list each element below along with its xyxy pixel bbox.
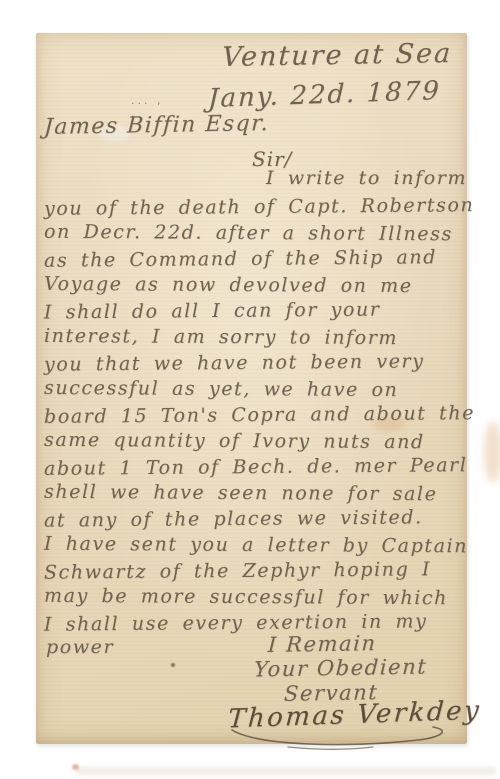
letter-opening-line: I write to inform xyxy=(266,167,467,189)
foxing-stain-right-edge xyxy=(484,421,500,483)
pencil-marks: ... , . xyxy=(131,94,175,108)
ink-blot xyxy=(171,663,175,667)
letter-body-line: shell we have seen none for sale xyxy=(44,481,438,505)
signature-flourish xyxy=(228,724,458,750)
letter-body-line: successful as yet, we have on xyxy=(44,377,399,401)
letter-body-line: Schwartz of the Zephyr hoping I xyxy=(44,558,431,583)
letter-body-last-word: power xyxy=(46,636,114,658)
letter-body-line: at any of the places we visited. xyxy=(44,506,423,531)
letter-body-line: interest, I am sorry to inform xyxy=(44,325,398,349)
closing-line-1: I Remain xyxy=(267,631,377,657)
letter-body-line: you that we have not been very xyxy=(44,350,425,375)
letter-body-line: same quantity of Ivory nuts and xyxy=(44,429,425,453)
closing-line-2: Your Obedient xyxy=(253,654,428,681)
letter-body-line: about 1 Ton of Bech. de. mer Pearl xyxy=(44,454,468,480)
letter-body-line: may be more successful for which xyxy=(44,585,448,609)
letter-body-line: as the Command of the Ship and xyxy=(44,246,437,271)
scan-background: ... , . Venture at Sea Jany. 22d. 1879 J… xyxy=(0,0,500,779)
letter-body-line: I shall do all I can for your xyxy=(44,299,381,324)
letter-recipient: James Biffin Esqr. xyxy=(43,111,270,140)
letter-body-line: I have sent you a letter by Captain xyxy=(44,533,468,558)
letter-body-line: you of the death of Capt. Robertson xyxy=(44,194,474,220)
letter-body-line: board 15 Ton's Copra and about the xyxy=(44,402,475,428)
letter-place-line: Venture at Sea xyxy=(221,38,453,73)
bottom-edge-discoloration xyxy=(76,767,496,775)
letter-body-line: on Decr. 22d. after a short Illness xyxy=(44,221,453,245)
letter-body-line: Voyage as now devolved on me xyxy=(44,273,413,297)
red-speck xyxy=(72,764,79,770)
